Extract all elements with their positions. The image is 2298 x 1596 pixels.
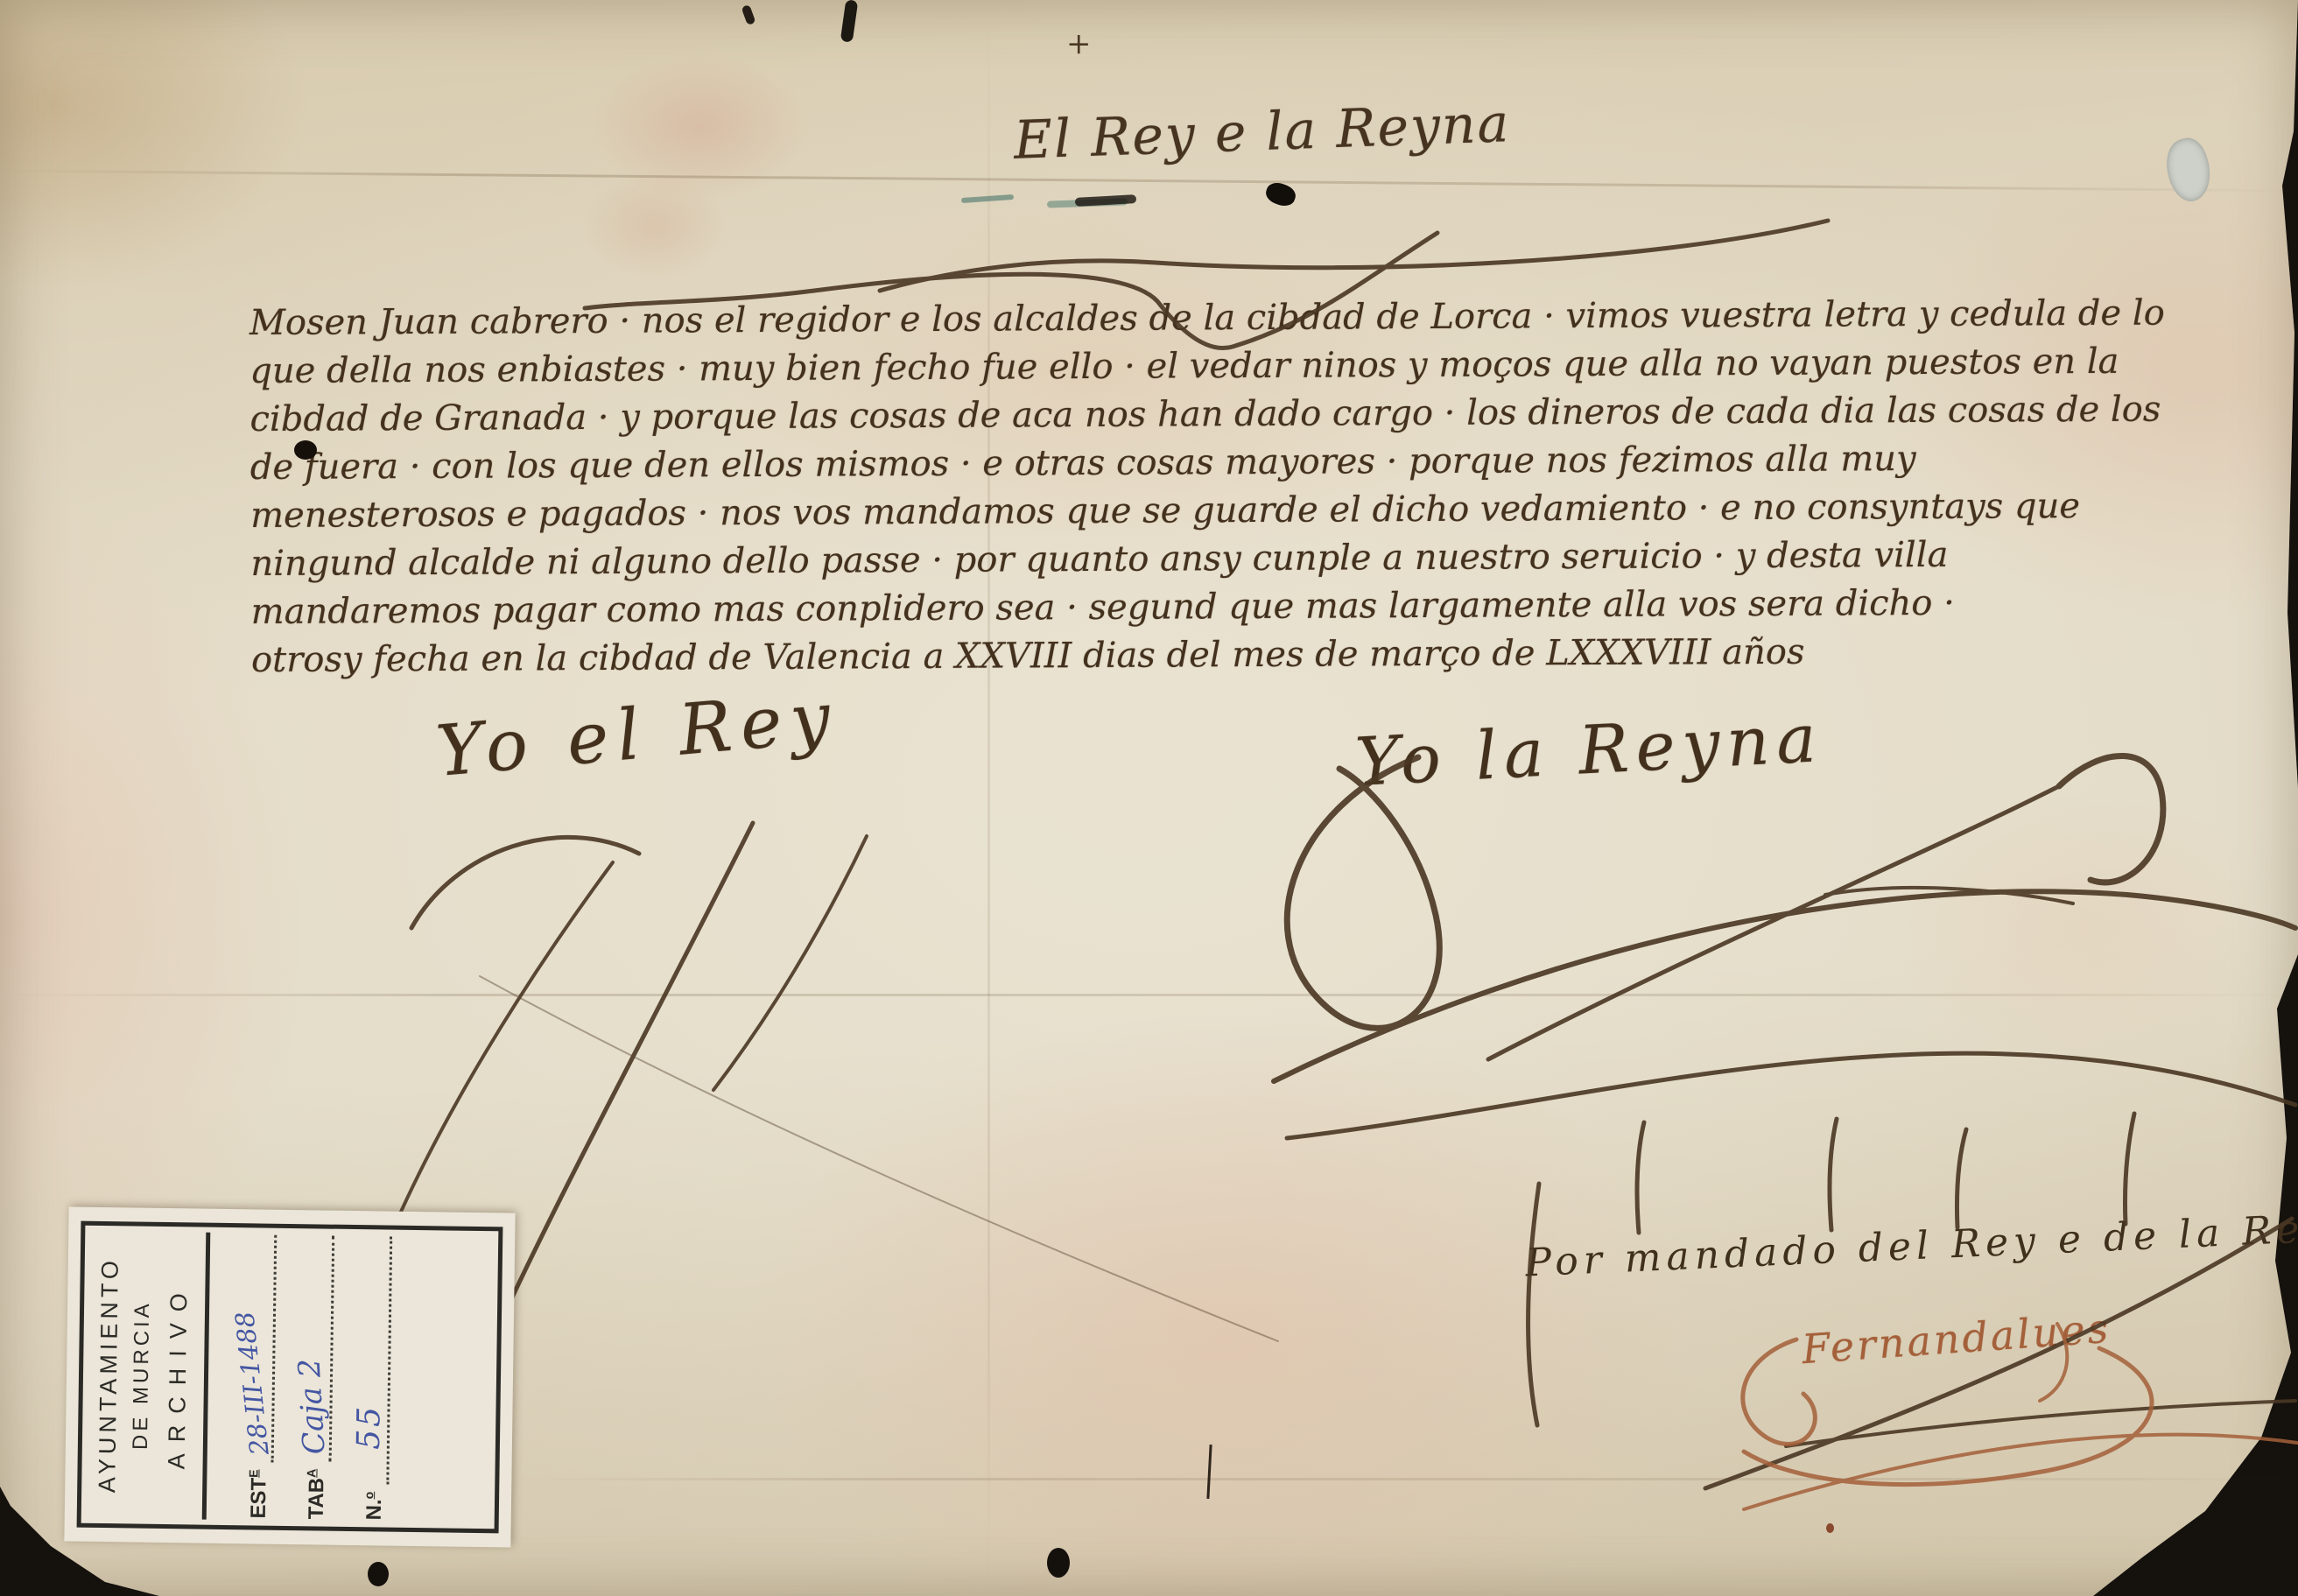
label-field-numero: N.o <box>362 1492 389 1521</box>
label-dotted-line: 28-III-1488 <box>214 1234 278 1463</box>
label-field-row: N.o 55 <box>331 1236 393 1521</box>
label-field-este: ESTE <box>246 1469 274 1518</box>
letter-body: Mosen Juan cabrero · nos el regidor e lo… <box>249 289 2265 685</box>
label-divider-rule <box>202 1233 211 1520</box>
archive-label-card: AYUNTAMIENTO DE MURCIA ARCHIVO ESTE 28-I… <box>64 1206 515 1547</box>
label-dotted-line: Caja 2 <box>271 1235 335 1462</box>
label-value-caja: Caja 2 <box>292 1358 333 1456</box>
label-org-line2: DE MURCIA <box>128 1233 157 1516</box>
label-org-line3: ARCHIVO <box>163 1234 194 1517</box>
scanned-manuscript-page: + El Rey e la Reyna Mosen Juan cabrero ·… <box>0 0 2298 1596</box>
label-dotted-line: 55 <box>328 1236 392 1485</box>
invocation-cross: + <box>1066 26 1092 61</box>
label-sup: o <box>362 1492 376 1500</box>
label-value-number: 55 <box>351 1404 388 1450</box>
label-value-date: 28-III-1488 <box>229 1310 275 1456</box>
label-field-row: TABA Caja 2 <box>273 1235 335 1520</box>
archive-label-sticker: AYUNTAMIENTO DE MURCIA ARCHIVO ESTE 28-I… <box>64 1206 515 1547</box>
label-field-taba: TABA <box>304 1469 332 1520</box>
label-field-row: ESTE 28-III-1488 <box>215 1234 278 1519</box>
label-org-line1: AYUNTAMIENTO <box>94 1233 125 1516</box>
label-sup: E <box>246 1469 260 1478</box>
archive-label-frame: AYUNTAMIENTO DE MURCIA ARCHIVO ESTE 28-I… <box>77 1221 503 1534</box>
label-sup: A <box>304 1469 318 1478</box>
